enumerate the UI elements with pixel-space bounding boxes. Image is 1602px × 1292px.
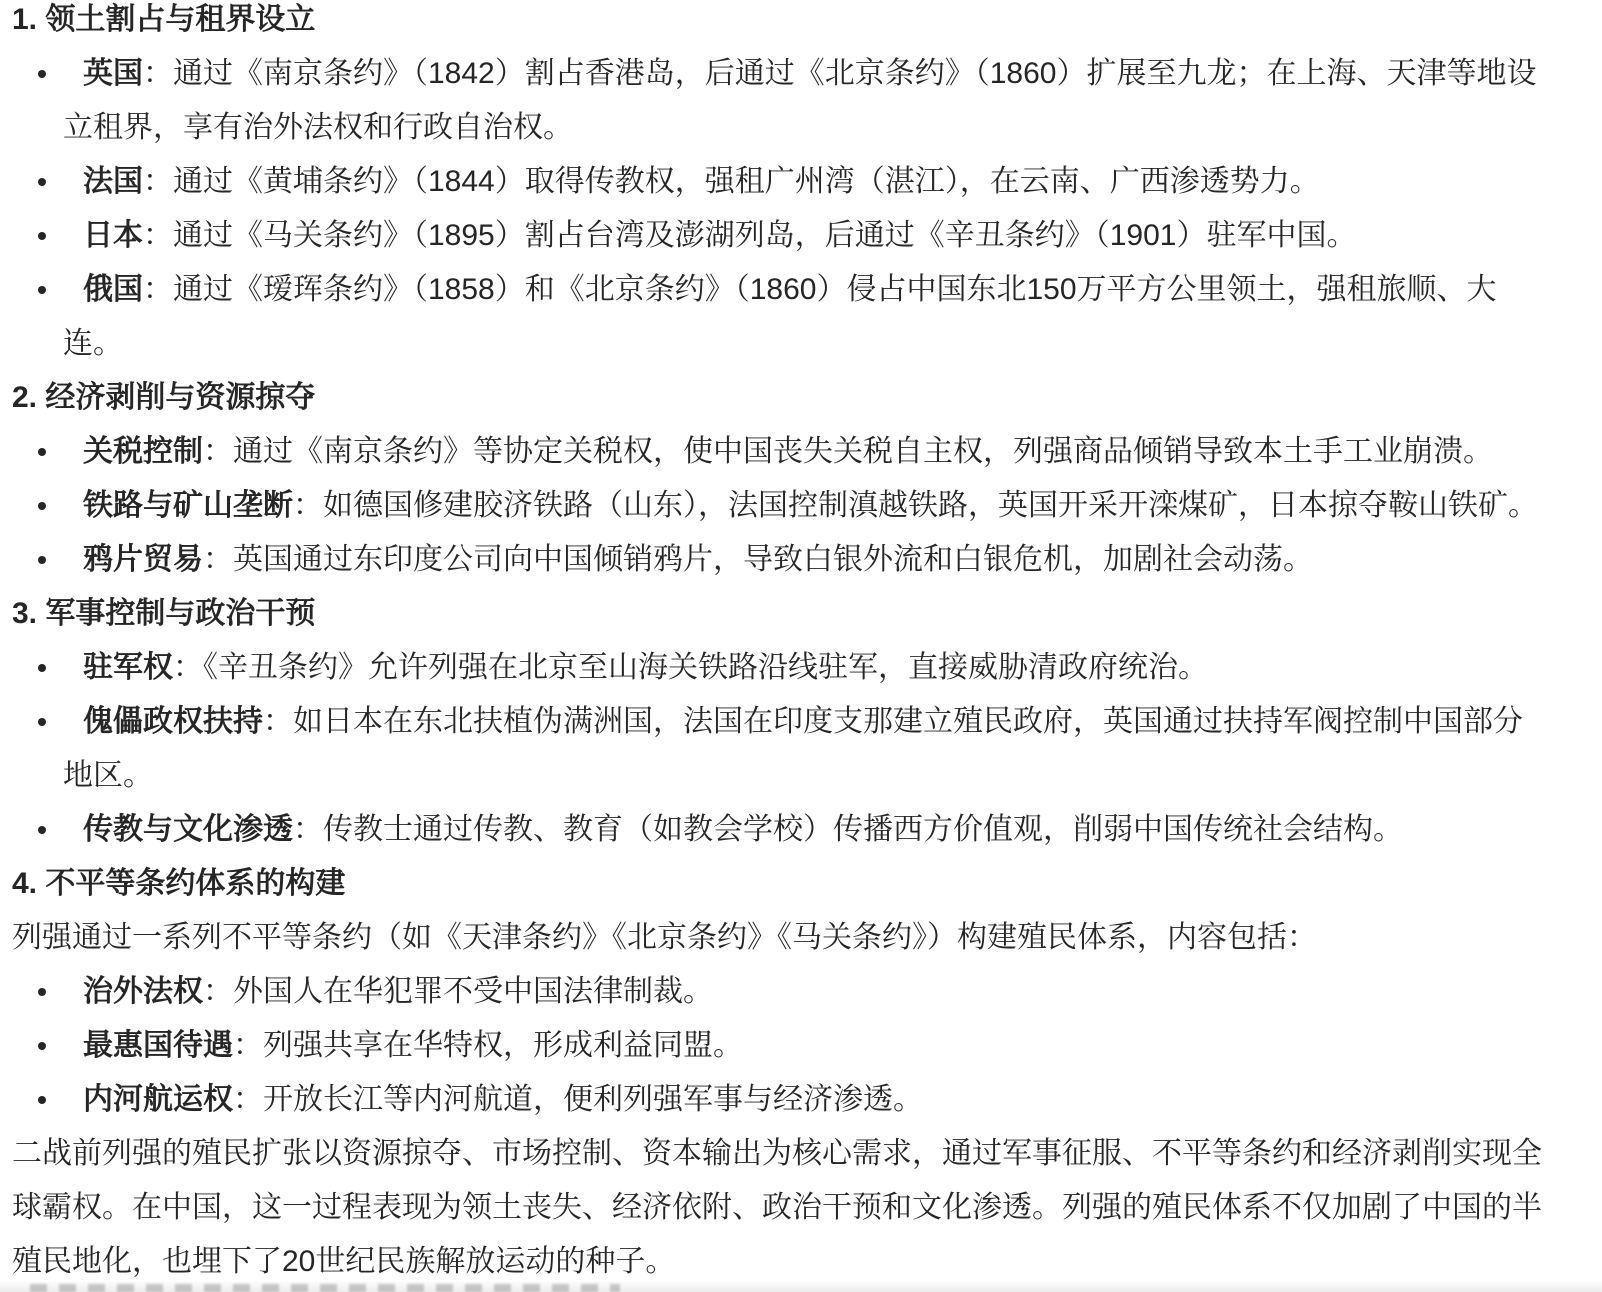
bullet-dot-icon xyxy=(38,1042,46,1050)
bullet-colon: ： xyxy=(203,543,233,576)
bullet-dot-icon xyxy=(38,70,46,78)
summary-paragraph: 二战前列强的殖民扩张以资源掠夺、市场控制、资本输出为核心需求，通过军事征服、不平… xyxy=(12,1127,1548,1289)
bullet-colon: ： xyxy=(263,705,293,738)
bullet-dot-icon xyxy=(38,178,46,186)
bullet-term: 铁路与矿山垄断 xyxy=(83,489,293,522)
bullet-term: 傀儡政权扶持 xyxy=(83,705,263,738)
section: 2. 经济剥削与资源掠夺 关税控制：通过《南京条约》等协定关税权，使中国丧失关税… xyxy=(12,371,1548,587)
bullet-text: 传教士通过传教、教育（如教会学校）传播西方价值观，削弱中国传统社会结构。 xyxy=(323,813,1403,846)
bullet-dot-icon xyxy=(38,1096,46,1104)
section-heading: 3. 军事控制与政治干预 xyxy=(12,587,1548,641)
bullet-text: 英国通过东印度公司向中国倾销鸦片，导致白银外流和白银危机，加剧社会动荡。 xyxy=(233,543,1313,576)
bullet-term: 传教与文化渗透 xyxy=(83,813,293,846)
bullet-colon: ： xyxy=(293,813,323,846)
document-body: 1. 领土割占与租界设立 英国：通过《南京条约》（1842）割占香港岛，后通过《… xyxy=(0,0,1602,1289)
bullet-dot-icon xyxy=(38,232,46,240)
bullet-term: 最惠国待遇 xyxy=(83,1029,233,1062)
bullet-term: 俄国 xyxy=(83,273,143,306)
bullet-text: 如德国修建胶济铁路（山东），法国控制滇越铁路，英国开采开滦煤矿，日本掠夺鞍山铁矿… xyxy=(323,489,1538,522)
bullet-text: 通过《黄埔条约》（1844）取得传教权，强租广州湾（湛江），在云南、广西渗透势力… xyxy=(173,165,1320,198)
section-heading: 4. 不平等条约体系的构建 xyxy=(12,857,1548,911)
bullet-colon: ： xyxy=(143,273,173,306)
bullet-dot-icon xyxy=(38,826,46,834)
list-item: 法国：通过《黄埔条约》（1844）取得传教权，强租广州湾（湛江），在云南、广西渗… xyxy=(12,155,1548,209)
section: 1. 领土割占与租界设立 英国：通过《南京条约》（1842）割占香港岛，后通过《… xyxy=(12,0,1548,371)
bullet-colon: ： xyxy=(143,219,173,252)
bullet-colon: ： xyxy=(203,975,233,1008)
bullet-colon: ： xyxy=(203,435,233,468)
bullet-text: 开放长江等内河航道，便利列强军事与经济渗透。 xyxy=(263,1083,923,1116)
bullet-list: 关税控制：通过《南京条约》等协定关税权，使中国丧失关税自主权，列强商品倾销导致本… xyxy=(12,425,1548,587)
bottom-cutoff-band xyxy=(0,1281,1602,1292)
bullet-text: 通过《南京条约》等协定关税权，使中国丧失关税自主权，列强商品倾销导致本土手工业崩… xyxy=(233,435,1493,468)
bullet-dot-icon xyxy=(38,718,46,726)
list-item: 英国：通过《南京条约》（1842）割占香港岛，后通过《北京条约》（1860）扩展… xyxy=(12,47,1548,155)
bullet-text: 《辛丑条约》允许列强在北京至山海关铁路沿线驻军，直接威胁清政府统治。 xyxy=(203,651,1208,684)
bullet-dot-icon xyxy=(38,448,46,456)
section-heading: 1. 领土割占与租界设立 xyxy=(12,0,1548,47)
list-item: 治外法权：外国人在华犯罪不受中国法律制裁。 xyxy=(12,965,1548,1019)
bullet-list: 英国：通过《南京条约》（1842）割占香港岛，后通过《北京条约》（1860）扩展… xyxy=(12,47,1548,371)
bullet-dot-icon xyxy=(38,556,46,564)
bullet-colon: ： xyxy=(233,1029,263,1062)
section: 4. 不平等条约体系的构建 列强通过一系列不平等条约（如《天津条约》《北京条约》… xyxy=(12,857,1548,1127)
bullet-term: 治外法权 xyxy=(83,975,203,1008)
bullet-colon: ： xyxy=(293,489,323,522)
bullet-colon: ： xyxy=(143,165,173,198)
list-item: 内河航运权：开放长江等内河航道，便利列强军事与经济渗透。 xyxy=(12,1073,1548,1127)
bullet-dot-icon xyxy=(38,286,46,294)
bullet-text: 通过《瑷珲条约》（1858）和《北京条约》（1860）侵占中国东北150万平方公… xyxy=(63,273,1497,360)
list-item: 传教与文化渗透：传教士通过传教、教育（如教会学校）传播西方价值观，削弱中国传统社… xyxy=(12,803,1548,857)
list-item: 傀儡政权扶持：如日本在东北扶植伪满洲国，法国在印度支那建立殖民政府，英国通过扶持… xyxy=(12,695,1548,803)
section: 3. 军事控制与政治干预 驻军权：《辛丑条约》允许列强在北京至山海关铁路沿线驻军… xyxy=(12,587,1548,857)
bullet-text: 通过《南京条约》（1842）割占香港岛，后通过《北京条约》（1860）扩展至九龙… xyxy=(63,57,1536,144)
bullet-term: 日本 xyxy=(83,219,143,252)
bullet-colon: ： xyxy=(173,651,203,684)
bullet-term: 驻军权 xyxy=(83,651,173,684)
bullet-dot-icon xyxy=(38,502,46,510)
list-item: 最惠国待遇：列强共享在华特权，形成利益同盟。 xyxy=(12,1019,1548,1073)
list-item: 日本：通过《马关条约》（1895）割占台湾及澎湖列岛，后通过《辛丑条约》（190… xyxy=(12,209,1548,263)
bullet-term: 鸦片贸易 xyxy=(83,543,203,576)
sections-container: 1. 领土割占与租界设立 英国：通过《南京条约》（1842）割占香港岛，后通过《… xyxy=(12,0,1548,1127)
section-intro: 列强通过一系列不平等条约（如《天津条约》《北京条约》《马关条约》）构建殖民体系，… xyxy=(12,911,1548,965)
bullet-text: 列强共享在华特权，形成利益同盟。 xyxy=(263,1029,743,1062)
bullet-term: 法国 xyxy=(83,165,143,198)
list-item: 鸦片贸易：英国通过东印度公司向中国倾销鸦片，导致白银外流和白银危机，加剧社会动荡… xyxy=(12,533,1548,587)
bullet-text: 外国人在华犯罪不受中国法律制裁。 xyxy=(233,975,713,1008)
bullet-term: 内河航运权 xyxy=(83,1083,233,1116)
bullet-dot-icon xyxy=(38,664,46,672)
bullet-list: 驻军权：《辛丑条约》允许列强在北京至山海关铁路沿线驻军，直接威胁清政府统治。 傀… xyxy=(12,641,1548,857)
bullet-term: 英国 xyxy=(83,57,143,90)
bullet-colon: ： xyxy=(233,1083,263,1116)
bullet-dot-icon xyxy=(38,988,46,996)
list-item: 关税控制：通过《南京条约》等协定关税权，使中国丧失关税自主权，列强商品倾销导致本… xyxy=(12,425,1548,479)
bullet-term: 关税控制 xyxy=(83,435,203,468)
bullet-list: 治外法权：外国人在华犯罪不受中国法律制裁。 最惠国待遇：列强共享在华特权，形成利… xyxy=(12,965,1548,1127)
list-item: 铁路与矿山垄断：如德国修建胶济铁路（山东），法国控制滇越铁路，英国开采开滦煤矿，… xyxy=(12,479,1548,533)
section-heading: 2. 经济剥削与资源掠夺 xyxy=(12,371,1548,425)
bullet-text: 通过《马关条约》（1895）割占台湾及澎湖列岛，后通过《辛丑条约》（1901）驻… xyxy=(173,219,1356,252)
list-item: 驻军权：《辛丑条约》允许列强在北京至山海关铁路沿线驻军，直接威胁清政府统治。 xyxy=(12,641,1548,695)
next-line-clipped-text xyxy=(30,1284,620,1292)
bullet-colon: ： xyxy=(143,57,173,90)
list-item: 俄国：通过《瑷珲条约》（1858）和《北京条约》（1860）侵占中国东北150万… xyxy=(12,263,1548,371)
